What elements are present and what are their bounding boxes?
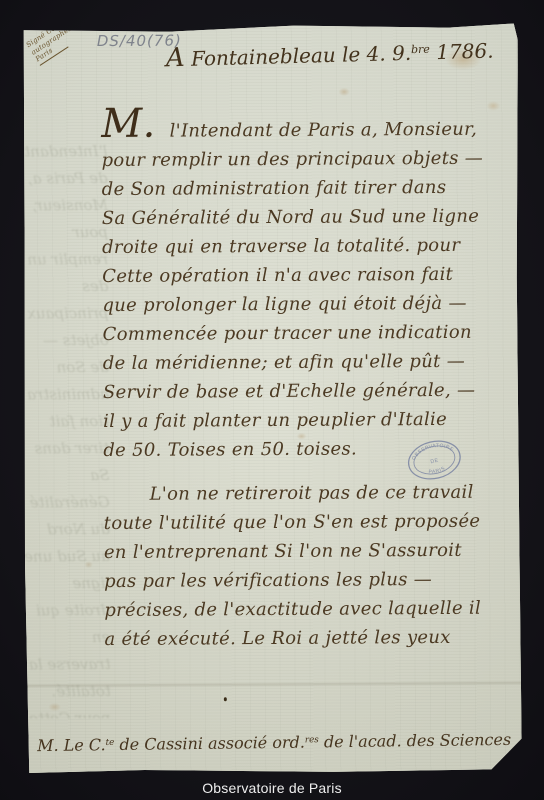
dateline-year: 1786.	[430, 39, 494, 65]
svg-text:PARIS: PARIS	[427, 465, 447, 476]
body-line: M.l'Intendant de Paris a, Monsieur,	[101, 107, 521, 146]
body-line: pas par les vérifications les plus —	[104, 564, 524, 596]
body-line: Sa Généralité du Nord au Sud une ligne	[102, 201, 522, 233]
footer-text: de l'acad. des Sciences	[319, 730, 512, 752]
footer-identification: M. Le C.te de Cassini associé ord.res de…	[37, 730, 519, 755]
second-paragraph: L'on ne retireroit pas de ce travail tou…	[103, 477, 524, 654]
dateline-initial: A	[166, 43, 186, 73]
letter-body: M.l'Intendant de Paris a, Monsieur, pour…	[101, 107, 524, 654]
body-line: il y a fait planter un peuplier d'Italie	[103, 404, 523, 436]
dateline-superscript: bre	[411, 43, 430, 57]
stamp-text-middle: DE	[430, 457, 440, 465]
body-line: de Son administration fait tirer dans	[102, 172, 522, 204]
footer-superscript: res	[305, 735, 319, 745]
body-line: précises, de l'exactitude avec laquelle …	[104, 593, 524, 625]
body-line: Commencée pour tracer une indication	[103, 317, 523, 349]
footer-text: M. Le C.	[37, 735, 106, 755]
body-line: que prolonger la ligne qui étoit déjà —	[102, 288, 522, 320]
body-line: pour remplir un des principaux objets —	[101, 143, 521, 175]
salutation-initial: M.	[101, 110, 155, 139]
manuscript-sheet: l'Intendant de Paris a, Monsieur, pour r…	[21, 23, 523, 774]
photograph-of-manuscript: l'Intendant de Paris a, Monsieur, pour r…	[0, 0, 544, 800]
body-line: Cette opération il n'a avec raison fait	[102, 259, 522, 291]
ink-dot	[224, 697, 227, 701]
body-line: droite qui en traverse la totalité. pour	[102, 230, 522, 262]
image-caption: Observatoire de Paris	[0, 780, 544, 796]
footer-text: de Cassini associé ord.	[114, 733, 305, 754]
body-line: L'on ne retireroit pas de ce travail	[103, 477, 523, 509]
dateline-place-date: Fontainebleau le 4. 9.	[184, 41, 411, 71]
stamp-text-bottom: PARIS	[427, 465, 447, 476]
body-line: de la méridienne; et afin qu'elle pût —	[103, 346, 523, 378]
body-line: en l'entreprenant Si l'on ne S'assuroit	[104, 535, 524, 567]
body-line: toute l'utilité que l'on S'en est propos…	[104, 506, 524, 538]
body-line-text: l'Intendant de Paris a, Monsieur,	[170, 119, 478, 142]
body-line: Servir de base et d'Echelle générale, —	[103, 375, 523, 407]
body-line: a été exécuté. Le Roi a jetté les yeux	[104, 622, 524, 654]
dateline: A Fontainebleau le 4. 9.bre 1786.	[166, 34, 527, 74]
verso-bleed-through: l'Intendant de Paris a, Monsieur, pour r…	[21, 138, 111, 719]
